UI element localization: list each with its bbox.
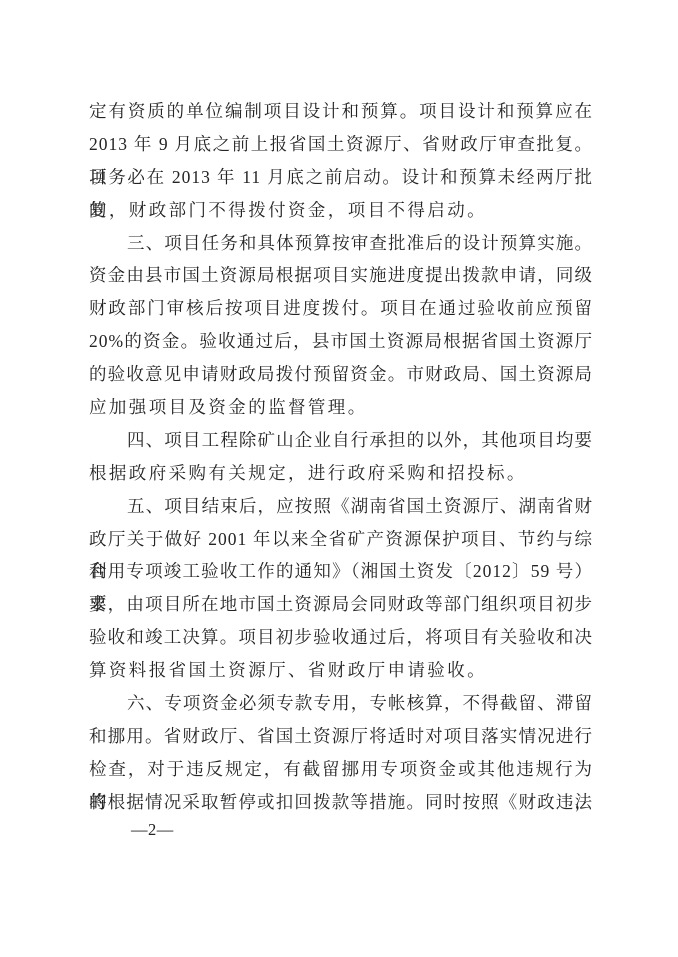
text-line: 和挪用。省财政厅、省国土资源厅将适时对项目落实情况进行 [89,720,593,753]
paragraph: 三、项目任务和具体预算按审查批准后的设计预算实施。资金由县市国土资源局根据项目实… [89,227,593,424]
text-line: 应加强项目及资金的监督管理。 [89,391,593,424]
text-line: 利用专项竣工验收工作的通知》（湘国土资发〔2012〕59 号）要 [89,555,593,588]
text-line: 2013 年 9 月底之前上报省国土资源厅、省财政厅审查批复。项 [89,128,593,161]
text-line: 检查，对于违反规定，有截留挪用专项资金或其他违规行为的， [89,753,593,786]
page-number: —2— [131,820,174,840]
text-line: 资金由县市国土资源局根据项目实施进度提出拨款申请，同级 [89,259,593,292]
text-line: 20%的资金。验收通过后，县市国土资源局根据省国土资源厅 [89,325,593,358]
text-line: 四、项目工程除矿山企业自行承担的以外，其他项目均要 [89,424,593,457]
text-line: 三、项目任务和具体预算按审查批准后的设计预算实施。 [89,227,593,260]
text-line: 定有资质的单位编制项目设计和预算。项目设计和预算应在 [89,95,593,128]
text-line: 的验收意见申请财政局拨付预留资金。市财政局、国土资源局 [89,358,593,391]
paragraph: 定有资质的单位编制项目设计和预算。项目设计和预算应在2013 年 9 月底之前上… [89,95,593,227]
document-body: 定有资质的单位编制项目设计和预算。项目设计和预算应在2013 年 9 月底之前上… [89,95,593,819]
paragraph: 四、项目工程除矿山企业自行承担的以外，其他项目均要根据政府采购有关规定，进行政府… [89,424,593,490]
text-line: 算资料报省国土资源厅、省财政厅申请验收。 [89,654,593,687]
text-line: 六、专项资金必须专款专用，专帐核算，不得截留、滞留 [89,687,593,720]
text-line: 财政部门审核后按项目进度拨付。项目在通过验收前应预留 [89,292,593,325]
document-page: 定有资质的单位编制项目设计和预算。项目设计和预算应在2013 年 9 月底之前上… [0,0,678,957]
text-line: 求，由项目所在地市国土资源局会同财政等部门组织项目初步 [89,588,593,621]
paragraph: 六、专项资金必须专款专用，专帐核算，不得截留、滞留和挪用。省财政厅、省国土资源厅… [89,687,593,819]
text-line: 政厅关于做好 2001 年以来全省矿产资源保护项目、节约与综合 [89,523,593,556]
paragraph: 五、项目结束后，应按照《湖南省国土资源厅、湖南省财政厅关于做好 2001 年以来… [89,490,593,687]
text-line: 目务必在 2013 年 11 月底之前启动。设计和预算未经两厅批复 [89,161,593,194]
text-line: 的，财政部门不得拨付资金，项目不得启动。 [89,194,593,227]
text-line: 五、项目结束后，应按照《湖南省国土资源厅、湖南省财 [89,490,593,523]
text-line: 根据政府采购有关规定，进行政府采购和招投标。 [89,457,593,490]
text-line: 将根据情况采取暂停或扣回拨款等措施。同时按照《财政违法 [89,786,593,819]
text-line: 验收和竣工决算。项目初步验收通过后，将项目有关验收和决 [89,621,593,654]
